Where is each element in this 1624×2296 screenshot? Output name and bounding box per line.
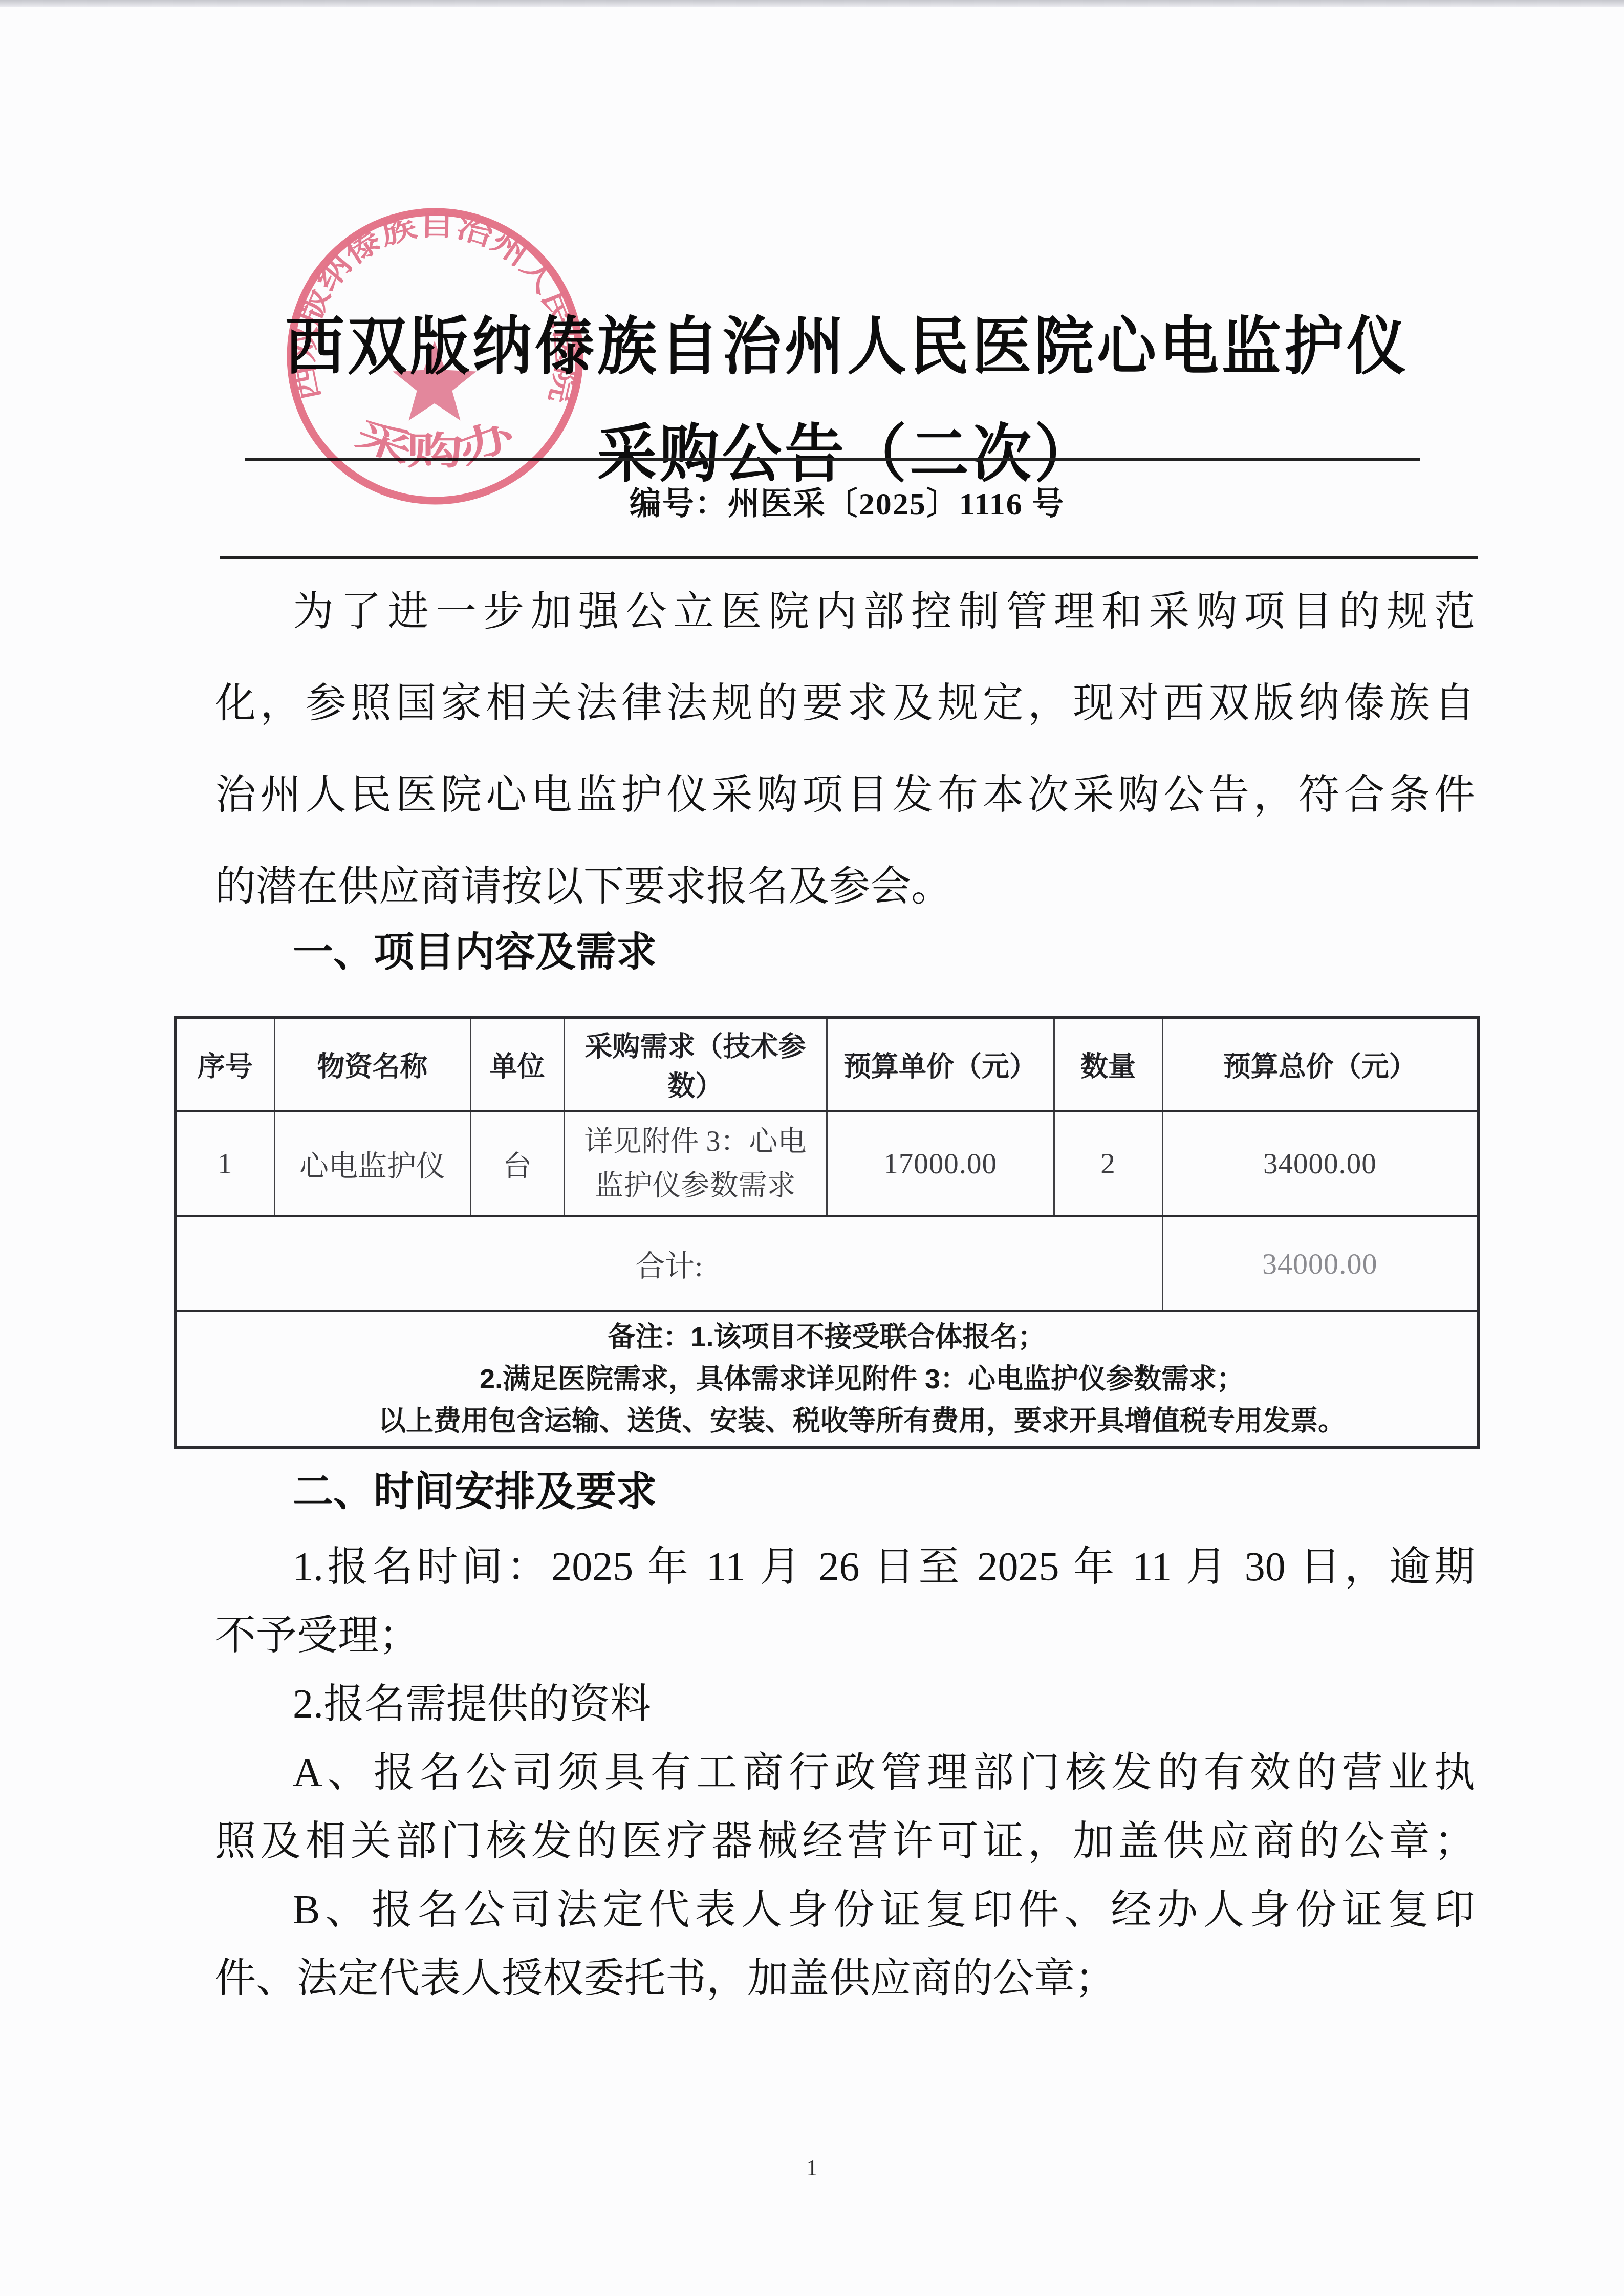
requirement-line1: 详见附件 3：心电 bbox=[565, 1120, 826, 1164]
remarks-cell: 备注：1.该项目不接受联合体报名； 2.满足医院需求，具体需求详见附件 3：心电… bbox=[175, 1311, 1478, 1448]
section2-body: 1.报名时间：2025 年 11 月 26 日至 2025 年 11 月 30 … bbox=[215, 1533, 1475, 2013]
intro-line: 治州人民医院心电监护仪采购项目发布本次采购公告，符合条件 bbox=[215, 749, 1475, 841]
cell-item-name: 心电监护仪 bbox=[274, 1111, 470, 1216]
document-title: 西双版纳傣族自治州人民医院心电监护仪 采购公告（二次） bbox=[205, 293, 1489, 508]
section2-line: 照及相关部门核发的医疗器械经营许可证，加盖供应商的公章； bbox=[215, 1807, 1475, 1876]
col-header-seq: 序号 bbox=[175, 1017, 274, 1111]
cell-requirement: 详见附件 3：心电 监护仪参数需求 bbox=[564, 1111, 827, 1216]
scan-edge-artifact bbox=[0, 0, 1624, 7]
remark-line: 2.满足医院需求，具体需求详见附件 3：心电监护仪参数需求； bbox=[177, 1358, 1477, 1400]
col-header-qty: 数量 bbox=[1054, 1017, 1162, 1111]
document-number: 编号：州医采〔2025〕1116 号 bbox=[215, 478, 1479, 524]
intro-line: 化，参照国家相关法律法规的要求及规定，现对西双版纳傣族自 bbox=[215, 658, 1475, 749]
section2-line: 件、法定代表人授权委托书，加盖供应商的公章； bbox=[215, 1944, 1475, 2013]
cell-seq: 1 bbox=[175, 1111, 274, 1216]
section2-line: 不予受理； bbox=[215, 1601, 1475, 1670]
col-header-unit: 单位 bbox=[470, 1017, 564, 1111]
document-title-line1: 西双版纳傣族自治州人民医院心电监护仪 bbox=[205, 293, 1489, 400]
title-underline bbox=[245, 458, 1420, 461]
cell-unit: 台 bbox=[470, 1111, 564, 1216]
table-total-row: 合计: 34000.00 bbox=[175, 1216, 1478, 1311]
remark-line: 以上费用包含运输、送货、安装、税收等所有费用，要求开具增值税专用发票。 bbox=[177, 1400, 1477, 1442]
col-header-requirement: 采购需求（技术参数） bbox=[564, 1017, 827, 1111]
section2-line: 2.报名需提供的资料 bbox=[215, 1670, 1475, 1739]
table-header-row: 序号 物资名称 单位 采购需求（技术参数） 预算单价（元） 数量 预算总价（元） bbox=[175, 1017, 1478, 1111]
document-page: 西双版纳傣族自治州人民医院 采购办 西双版纳傣族自治州人民医院心电监护仪 采购公… bbox=[0, 0, 1624, 2296]
section2-line: 1.报名时间：2025 年 11 月 26 日至 2025 年 11 月 30 … bbox=[215, 1533, 1475, 1601]
table-row: 1 心电监护仪 台 详见附件 3：心电 监护仪参数需求 17000.00 2 3… bbox=[175, 1111, 1478, 1216]
cell-qty: 2 bbox=[1054, 1111, 1162, 1216]
section2-line: B、报名公司法定代表人身份证复印件、经办人身份证复印 bbox=[215, 1876, 1475, 1944]
intro-line: 为了进一步加强公立医院内部控制管理和采购项目的规范 bbox=[215, 566, 1475, 658]
cell-unit-price: 17000.00 bbox=[827, 1111, 1054, 1216]
cell-total-price: 34000.00 bbox=[1162, 1111, 1478, 1216]
remark-line: 备注：1.该项目不接受联合体报名； bbox=[177, 1316, 1477, 1358]
requirement-line2: 监护仪参数需求 bbox=[565, 1164, 826, 1208]
total-label: 合计: bbox=[175, 1216, 1162, 1311]
section2-line: A、报名公司须具有工商行政管理部门核发的有效的营业执 bbox=[215, 1739, 1475, 1807]
intro-paragraph: 为了进一步加强公立医院内部控制管理和采购项目的规范 化，参照国家相关法律法规的要… bbox=[215, 566, 1475, 933]
procurement-items-table: 序号 物资名称 单位 采购需求（技术参数） 预算单价（元） 数量 预算总价（元）… bbox=[174, 1016, 1480, 1449]
table-remarks-row: 备注：1.该项目不接受联合体报名； 2.满足医院需求，具体需求详见附件 3：心电… bbox=[175, 1311, 1478, 1448]
section1-heading: 一、项目内容及需求 bbox=[215, 919, 1475, 978]
header-divider bbox=[220, 556, 1478, 559]
page-number: 1 bbox=[0, 2154, 1624, 2181]
total-value: 34000.00 bbox=[1162, 1216, 1478, 1311]
col-header-total-price: 预算总价（元） bbox=[1162, 1017, 1478, 1111]
col-header-item-name: 物资名称 bbox=[274, 1017, 470, 1111]
section2-heading: 二、时间安排及要求 bbox=[215, 1459, 1475, 1517]
col-header-unit-price: 预算单价（元） bbox=[827, 1017, 1054, 1111]
